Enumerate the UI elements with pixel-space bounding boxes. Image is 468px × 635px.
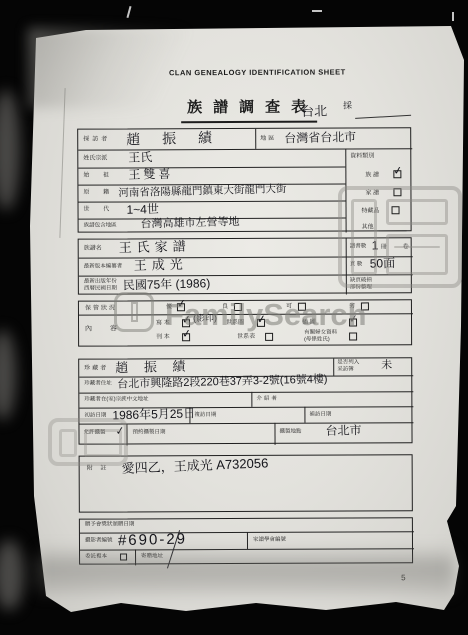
divider	[274, 423, 275, 445]
condition-poor-checkbox	[361, 302, 369, 310]
category-family-genealogy: 家 譜	[365, 190, 379, 196]
volume-count-label: 譜書數	[350, 244, 367, 250]
content-pedigree-table-checkbox	[265, 333, 273, 341]
film-place-label: 攝製地點	[279, 430, 301, 436]
volume-unit2: 卷	[403, 244, 409, 250]
genealogy-form: CLAN GENEALOGY IDENTIFICATION SHEET 族譜調查…	[0, 0, 468, 635]
scanned-genealogy-sheet: { "header": { "english_title": "CLAN GEN…	[0, 0, 468, 635]
origin-label: 原 籍	[83, 190, 115, 196]
pages-label: 頁 數	[350, 262, 363, 268]
condition-good-checkbox	[234, 303, 242, 311]
english-title: CLAN GENEALOGY IDENTIFICATION SHEET	[169, 68, 346, 78]
society-no-label: 家譜學會編號	[253, 538, 286, 544]
first-visit-value: 1986年5月25日	[112, 407, 195, 421]
region-label: 地區	[260, 136, 276, 142]
region-value: 台灣省台北市	[284, 131, 356, 145]
first-visit-label: 初訪日期	[84, 414, 106, 420]
divider	[255, 129, 256, 149]
divider	[79, 422, 413, 424]
place-annotation: 台北	[301, 104, 327, 118]
category-header: 資料類別	[350, 153, 374, 159]
category-special-collection-checkbox	[392, 206, 400, 214]
divider	[251, 392, 252, 407]
interviewer-label: 採訪者	[83, 137, 110, 143]
revisit-label: 複訪日期	[194, 413, 216, 419]
pubdate-label-line2: 西曆民國日期	[84, 287, 117, 293]
film-permit-label: 允許攝製	[83, 431, 105, 437]
condition-poor: 劣	[349, 303, 355, 309]
editor-value: 王成光	[134, 258, 188, 272]
generations-value: 1~4世	[126, 203, 159, 216]
category-special-collection: 特藏品	[362, 208, 380, 214]
category-other-line	[379, 230, 407, 231]
divider	[78, 201, 345, 203]
content-manuscript: 寫 本	[156, 320, 170, 326]
introducer-label: 介紹者	[256, 397, 279, 403]
listed-label-line1: 是否列入	[337, 360, 359, 366]
check-mark: ✓	[181, 313, 192, 327]
category-family-genealogy-checkbox	[393, 188, 401, 196]
holder-name: 趙 振 績	[115, 359, 192, 374]
pages-value: 50面	[370, 257, 396, 270]
notes-value: 愛四乙，王成光 A732056	[121, 456, 268, 475]
content-manuscript-note: (影印)	[193, 314, 217, 324]
divider	[333, 359, 334, 376]
followup-label: 補訪日期	[309, 413, 331, 419]
place-annotation-small: 採	[343, 101, 352, 110]
divider	[126, 423, 127, 445]
divider	[345, 149, 346, 233]
check-mark: ✓	[181, 327, 192, 341]
check-mark: ✓	[115, 424, 126, 438]
ancestor-value: 王雙喜	[128, 168, 173, 181]
photographer-no-label: 攝影者編號	[85, 539, 113, 545]
divider	[79, 256, 413, 258]
notes-label: 附 註	[87, 466, 110, 472]
cn-address-label: 珍藏者在(家)宗族中文地址	[84, 397, 148, 403]
interviewer-value: 趙 振 績	[126, 130, 221, 146]
divider	[78, 167, 345, 169]
content-women-records-checkbox	[349, 332, 357, 340]
check-mark: ✓	[176, 297, 187, 311]
content-women-records: 有關婦女資料	[304, 331, 337, 337]
generations-label: 世 代	[84, 207, 116, 213]
holder-address-label: 珍藏者住址	[84, 382, 112, 388]
form-title: 族譜調查表	[181, 96, 317, 124]
condition-good: 良	[222, 304, 228, 310]
check-mark: ✓	[348, 312, 359, 326]
category-other: 其他	[362, 224, 374, 230]
volume-count-value: 1	[372, 239, 379, 251]
divider	[346, 239, 347, 295]
basic-info-table: 採訪者 趙 振 績 地區 台灣省台北市 姓氏宗派 王氏 始 祖 王雙喜 原 籍 …	[77, 127, 411, 232]
check-mark: ✓	[392, 164, 403, 178]
content-pedigree-chart: 世系圖	[226, 320, 244, 326]
damage-label-line2: 部份整理	[350, 285, 372, 291]
divider	[304, 407, 305, 423]
book-info-table: 族譜名 王氏家譜 譜書數 1 冊 卷 最新版本編纂者 王成光 頁 數 50面 最…	[78, 237, 412, 294]
condition-fair-checkbox	[298, 303, 306, 311]
book-title-label: 族譜名	[84, 246, 102, 252]
film-date-label: 預約攝製日期	[132, 430, 165, 436]
coverage-label: 族譜包含地區	[84, 224, 117, 230]
listed-label-line2: 采訪簿	[337, 367, 354, 373]
book-title-value: 王氏家譜	[119, 239, 191, 254]
editor-label: 最新版本編纂者	[84, 264, 123, 270]
condition-label: 保管狀況	[85, 306, 117, 312]
ancestor-label: 始 祖	[83, 173, 115, 179]
content-women-records-line2: (母係姓氏)	[304, 338, 330, 344]
content-pedigree-table: 世系表	[237, 334, 255, 340]
film-place-value: 台北市	[325, 424, 361, 437]
category-clan-genealogy: 族 譜	[365, 172, 379, 178]
notes-table: 附 註 愛四乙，王成光 A732056	[79, 454, 413, 512]
content-label: 內 容	[85, 325, 125, 333]
divider	[79, 274, 413, 276]
header-blank-line	[355, 115, 411, 119]
condition-table: 保管狀況 優 ✓ 良 可 劣 內 容 寫 本 ✓ (影印) 世系圖 ✓ 插 圖 …	[78, 299, 412, 346]
pubdate-value: 民國75年 (1986)	[123, 277, 211, 291]
divider	[79, 313, 413, 315]
paper-shadow	[36, 545, 454, 595]
surname-value: 王氏	[128, 151, 152, 164]
surname-label: 姓氏宗派	[83, 156, 107, 162]
holder-table: 珍藏者 趙 振 績 是否列入 采訪簿 未 珍藏者住址 台北市興隆路2段220巷3…	[78, 357, 412, 444]
content-printed: 刊 本	[156, 334, 170, 340]
listed-value: 未	[381, 360, 392, 371]
damage-label-line1: 缺頁破損	[350, 278, 372, 284]
origin-value: 河南省洛陽縣龍門鎮東大街龍門大街	[118, 184, 286, 199]
divider	[79, 391, 413, 393]
check-mark: ✓	[256, 312, 267, 326]
condition-excellent: 優	[166, 304, 172, 310]
condition-fair: 可	[286, 304, 292, 310]
coverage-value: 台灣高雄市左營等地	[140, 217, 239, 231]
content-illustrations: 插 圖	[302, 320, 316, 326]
holder-label: 珍藏者	[84, 366, 108, 372]
volume-unit: 冊	[381, 244, 387, 250]
award-date-label: 贈予會獎狀頒贈日期	[85, 522, 135, 528]
